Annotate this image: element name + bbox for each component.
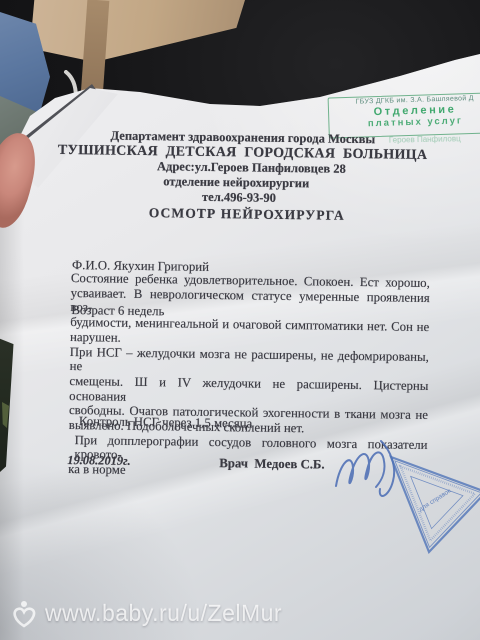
document-date: 19.08.2019г. — [67, 453, 130, 469]
babyru-heart-logo-icon — [8, 597, 38, 629]
letterhead: Департамент здравоохранения города Москв… — [13, 127, 472, 224]
photo-of-medical-document: ГБУЗ ДГКБ им. З.А. Башляевой Д Отделение… — [0, 0, 480, 640]
document-content: ГБУЗ ДГКБ им. З.А. Башляевой Д Отделение… — [0, 0, 480, 640]
watermark-url: www.baby.ru/u/ZelMur — [45, 600, 282, 627]
watermark: www.baby.ru/u/ZelMur — [8, 594, 282, 632]
control-recommendation: Контроль НСГ через 1.5 месяца — [79, 414, 253, 431]
doctor-name: Врач Медоев С.Б. — [219, 456, 325, 472]
examination-text: Состояние ребенка удовлетворительное. Сп… — [68, 271, 430, 482]
